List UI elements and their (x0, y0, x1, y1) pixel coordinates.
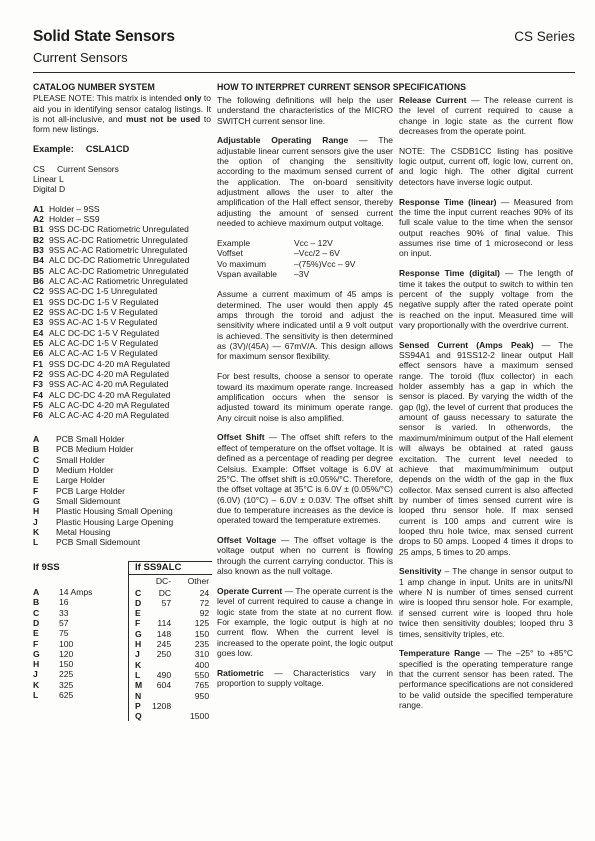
row-code: J (33, 669, 59, 679)
code: A1 (33, 204, 49, 214)
row-other-value: 550 (171, 670, 209, 680)
definition-paragraphs: The following definitions will help the … (217, 95, 393, 229)
code-description: PCB Medium Holder (56, 444, 211, 454)
intro-code: Linear L (33, 174, 64, 184)
code: E3 (33, 317, 49, 327)
row-dcdc-value: 245 (152, 639, 171, 649)
code: C2 (33, 286, 49, 296)
note-emphasis: must not be used (126, 114, 200, 124)
code-description: 9SS AC-AC 4-20 mA Regulated (49, 379, 211, 389)
row-other-value: 400 (171, 660, 209, 670)
row-code: K (33, 680, 59, 690)
code-description: ALC DC-DC Ratiometric Unregulated (49, 255, 211, 265)
row-other-value: 310 (171, 649, 209, 659)
row-code: P (135, 701, 152, 711)
table-rows-9ss: A14 AmpsB16C33D57E75F100G120H150J225K325… (33, 587, 128, 700)
holder-code-row: CSmall Holder (33, 455, 211, 465)
code-description: 9SS AC-AC Ratiometric Unregulated (49, 245, 211, 255)
catalog-code-row: F19SS DC-DC 4-20 mA Regulated (33, 359, 211, 369)
table-row: M604765 (129, 680, 212, 690)
page-content: CATALOG NUMBER SYSTEM PLEASE NOTE: This … (33, 82, 575, 721)
holder-code-row: ELarge Holder (33, 475, 211, 485)
holder-code-list: APCB Small HolderBPCB Medium HolderCSmal… (33, 434, 211, 548)
catalog-code-row: B5ALC AC-DC Ratiometric Unregulated (33, 266, 211, 276)
table-heading-ss9alc: If SS9ALC (129, 562, 212, 576)
row-code: J (135, 649, 152, 659)
definition-paragraph: Adjustable Operating Range — The adjusta… (217, 135, 393, 228)
catalog-code-row: A2Holder – SS9 (33, 214, 211, 224)
catalog-code-row: F4ALC DC-DC 4-20 mA Regulated (33, 390, 211, 400)
table-row: J250310 (129, 649, 212, 659)
header-left: Solid State Sensors Current Sensors (33, 28, 175, 65)
example-row-label: Voffset (217, 248, 294, 258)
holder-code-row: DMedium Holder (33, 465, 211, 475)
code: E5 (33, 338, 49, 348)
code: B2 (33, 235, 49, 245)
catalog-code-row: F39SS AC-AC 4-20 mA Regulated (33, 379, 211, 389)
code: G (33, 496, 56, 506)
row-code: H (33, 659, 59, 669)
row-value: 16 (59, 597, 69, 607)
definition-body: — The operate current is the level of cu… (217, 586, 393, 658)
table-row: F114125 (129, 618, 212, 628)
example-row-value: –(75%)Vcc – 9V (294, 259, 355, 269)
catalog-intro-line: Digital D (33, 184, 211, 194)
table-row: N950 (129, 691, 212, 701)
row-value: 625 (59, 690, 73, 700)
definition-paragraph: Operate Current — The operate current is… (217, 586, 393, 658)
series-label: CS Series (514, 29, 575, 44)
code: E (33, 475, 56, 485)
code: B3 (33, 245, 49, 255)
row-code: C (135, 588, 152, 598)
definition-body: — The SS94A1 and 91SS12-2 linear output … (399, 340, 573, 557)
row-other-value: 72 (171, 598, 209, 608)
row-value: 225 (59, 669, 73, 679)
code-description: Small Sidemount (56, 496, 211, 506)
table-row: D57 (33, 618, 128, 628)
row-code: H (135, 639, 152, 649)
row-value: 325 (59, 680, 73, 690)
row-code: A (33, 587, 59, 597)
code-description: Plastic Housing Small Opening (56, 506, 211, 516)
catalog-code-list: A1Holder – 9SSA2Holder – SS9B19SS DC-DC … (33, 204, 211, 421)
amps-table: If 9SS A14 AmpsB16C33D57E75F100G120H150J… (33, 561, 211, 722)
definition-paragraph: Temperature Range — The –25° to +85°C sp… (399, 648, 573, 710)
row-code: L (135, 670, 152, 680)
table-row: L625 (33, 690, 128, 700)
row-code: F (135, 618, 152, 628)
code-description: 9SS AC-DC 1-5 Unregulated (49, 286, 211, 296)
code-description: ALC AC-DC Ratiometric Unregulated (49, 266, 211, 276)
catalog-column: CATALOG NUMBER SYSTEM PLEASE NOTE: This … (33, 82, 211, 721)
code-description: Large Holder (56, 475, 211, 485)
row-other-value: 950 (171, 691, 209, 701)
catalog-code-row: B29SS AC-DC Ratiometric Unregulated (33, 235, 211, 245)
example-row: Vo maximum–(75%)Vcc – 9V (217, 259, 393, 269)
code-description: 9SS DC-DC 4-20 mA Regulated (49, 359, 211, 369)
table-row: E75 (33, 628, 128, 638)
row-code: M (135, 680, 152, 690)
code: B5 (33, 266, 49, 276)
row-other-value: 125 (171, 618, 209, 628)
catalog-code-row: B6ALC AC-AC Ratiometric Unregulated (33, 276, 211, 286)
table-row: D5772 (129, 598, 212, 608)
holder-code-row: APCB Small Holder (33, 434, 211, 444)
row-dcdc-value: 57 (152, 598, 171, 608)
row-dcdc-value (152, 588, 171, 598)
code-description: 9SS DC-DC 1-5 V Regulated (49, 297, 211, 307)
code-description: 9SS AC-DC Ratiometric Unregulated (49, 235, 211, 245)
row-code: L (33, 690, 59, 700)
definition-term: Offset Voltage (217, 535, 276, 545)
note-text: PLEASE NOTE: This matrix is intended (33, 93, 184, 103)
definition-term: Sensed Current (Amps Peak) (399, 340, 534, 350)
definition-body: — The offset shift refers to the effect … (217, 432, 393, 525)
catalog-code-row: F6ALC AC-AC 4-20 mA Regulated (33, 410, 211, 420)
holder-code-row: BPCB Medium Holder (33, 444, 211, 454)
code: E6 (33, 348, 49, 358)
row-value: 120 (59, 649, 73, 659)
row-dcdc-value (152, 711, 171, 721)
row-code: B (33, 597, 59, 607)
table-row: G120 (33, 649, 128, 659)
catalog-code-row: E5ALC AC-DC 1-5 V Regulated (33, 338, 211, 348)
row-code: Q (135, 711, 152, 721)
code-description: 9SS AC-DC 4-20 mA Regulated (49, 369, 211, 379)
definition-body: For best results, choose a sensor to ope… (217, 371, 393, 422)
code-description: Metal Housing (56, 527, 211, 537)
row-value: 100 (59, 639, 73, 649)
code-description: PCB Large Holder (56, 486, 211, 496)
definition-paragraph: Response Time (linear) — Measured from t… (399, 197, 573, 259)
catalog-intro-line: CSCurrent Sensors (33, 164, 211, 174)
code-description: PCB Small Sidemount (56, 537, 211, 547)
definition-paragraph: For best results, choose a sensor to ope… (217, 371, 393, 423)
row-other-value (171, 701, 209, 711)
table-row: C33 (33, 608, 128, 618)
definition-term: Sensitivity (399, 566, 442, 576)
row-dcdc-value: 490 (152, 670, 171, 680)
definition-paragraphs: Release Current — The release current is… (399, 95, 573, 711)
row-other-value: 235 (171, 639, 209, 649)
row-dcdc-value: 1208 (152, 701, 171, 711)
definition-paragraph: Response Time (digital) — The length of … (399, 268, 573, 330)
note-emphasis: only (184, 93, 201, 103)
code: F (33, 486, 56, 496)
table-row: P1208 (129, 701, 212, 711)
row-code: C (33, 608, 59, 618)
table-subheader: DC-DCOther (129, 575, 212, 588)
voltage-example-block: ExampleVcc – 12VVoffset–Vcc/2 – 6VVo max… (217, 238, 393, 279)
table-row: G148150 (129, 629, 212, 639)
code-description: Holder – 9SS (49, 204, 211, 214)
intro-code: CS (33, 164, 57, 174)
holder-code-row: GSmall Sidemount (33, 496, 211, 506)
row-code: K (135, 660, 152, 670)
definitions-column-2: Release Current — The release current is… (399, 95, 573, 722)
code-description: 9SS AC-DC 1-5 V Regulated (49, 307, 211, 317)
code: B1 (33, 224, 49, 234)
row-code: D (135, 598, 152, 608)
catalog-code-row: F29SS AC-DC 4-20 mA Regulated (33, 369, 211, 379)
row-value: 14 Amps (59, 587, 92, 597)
code-description: ALC DC-DC 4-20 mA Regulated (49, 390, 211, 400)
catalog-code-row: E6ALC AC-AC 1-5 V Regulated (33, 348, 211, 358)
definition-body: — The adjustable linear current sensors … (217, 135, 393, 228)
example-label: Example: (33, 144, 74, 154)
definition-paragraph: Release Current — The release current is… (399, 95, 573, 136)
table-row: E92 (129, 608, 212, 618)
table-rows-ss9alc: C24D5772E92F114125G148150H245235J250310K… (129, 588, 212, 722)
code-description: ALC AC-AC Ratiometric Unregulated (49, 276, 211, 286)
code-description: PCB Small Holder (56, 434, 211, 444)
definition-body: NOTE: The CSDB1CC listing has positive l… (399, 146, 573, 187)
example-row-label: Vo maximum (217, 259, 294, 269)
code: E2 (33, 307, 49, 317)
definition-term: Offset Shift (217, 432, 265, 442)
table-row: C24 (129, 588, 212, 598)
catalog-code-row: B19SS DC-DC Ratiometric Unregulated (33, 224, 211, 234)
intro-desc: Current Sensors (57, 164, 119, 174)
code: F5 (33, 400, 49, 410)
definition-term: Adjustable Operating Range (217, 135, 348, 145)
definition-term: Response Time (digital) (399, 268, 500, 278)
holder-code-row: JPlastic Housing Large Opening (33, 517, 211, 527)
catalog-code-row: E29SS AC-DC 1-5 V Regulated (33, 307, 211, 317)
catalog-example: Example:CSLA1CD (33, 144, 211, 154)
code: L (33, 537, 56, 547)
code: E1 (33, 297, 49, 307)
table-row: K325 (33, 680, 128, 690)
definition-term: Release Current (399, 95, 466, 105)
definition-body: – The change in sensor output to 1 amp c… (399, 566, 573, 638)
code: F4 (33, 390, 49, 400)
definition-paragraph: Sensitivity – The change in sensor outpu… (399, 566, 573, 638)
code: F1 (33, 359, 49, 369)
definitions-column-1: The following definitions will help the … (217, 95, 393, 722)
page-title: Solid State Sensors (33, 28, 175, 46)
definition-body: Assume a current maximum of 45 amps is d… (217, 289, 393, 361)
table-row: B16 (33, 597, 128, 607)
row-code: F (33, 639, 59, 649)
example-row-value: Vcc – 12V (294, 238, 333, 248)
code-description: ALC AC-DC 1-5 V Regulated (49, 338, 211, 348)
code: H (33, 506, 56, 516)
datasheet-page: Solid State Sensors Current Sensors CS S… (0, 0, 595, 841)
example-row: Vspan available–3V (217, 269, 393, 279)
definition-paragraph: Assume a current maximum of 45 amps is d… (217, 289, 393, 361)
row-dcdc-value: 250 (152, 649, 171, 659)
row-dcdc-value (152, 691, 171, 701)
example-row-label: Vspan available (217, 269, 294, 279)
code: A (33, 434, 56, 444)
row-other-value: 765 (171, 680, 209, 690)
catalog-code-row: C29SS AC-DC 1-5 Unregulated (33, 286, 211, 296)
table-row: J225 (33, 669, 128, 679)
catalog-heading: CATALOG NUMBER SYSTEM (33, 82, 211, 92)
code-description: Plastic Housing Large Opening (56, 517, 211, 527)
code: J (33, 517, 56, 527)
row-code: D (33, 618, 59, 628)
row-value: 57 (59, 618, 69, 628)
code-description: ALC DC-DC 1-5 V Regulated (49, 328, 211, 338)
row-dcdc-value (152, 660, 171, 670)
example-row-value: –3V (294, 269, 309, 279)
row-value: 75 (59, 628, 69, 638)
holder-code-row: FPCB Large Holder (33, 486, 211, 496)
row-other-value: 92 (171, 608, 209, 618)
definition-paragraph: Offset Shift — The offset shift refers t… (217, 432, 393, 525)
definition-body: The following definitions will help the … (217, 95, 393, 126)
code: F2 (33, 369, 49, 379)
code: F3 (33, 379, 49, 389)
amps-table-9ss: If 9SS A14 AmpsB16C33D57E75F100G120H150J… (33, 561, 128, 722)
code-description: 9SS DC-DC Ratiometric Unregulated (49, 224, 211, 234)
catalog-code-row: F5ALC AC-DC 4-20 mA Regulated (33, 400, 211, 410)
catalog-intro-lines: CSCurrent SensorsLinear LDigital D (33, 164, 211, 195)
row-code: G (33, 649, 59, 659)
example-row-label: Example (217, 238, 294, 248)
row-other-value: 1500 (171, 711, 209, 721)
definition-term: Operate Current (217, 586, 282, 596)
definition-paragraph: The following definitions will help the … (217, 95, 393, 126)
row-value: 150 (59, 659, 73, 669)
row-dcdc-value: 148 (152, 629, 171, 639)
code-description: Small Holder (56, 455, 211, 465)
intro-code: Digital D (33, 184, 65, 194)
definition-paragraph: Ratiometric — Characteristics vary in pr… (217, 668, 393, 689)
code-description: 9SS AC-AC 1-5 V Regulated (49, 317, 211, 327)
code-description: Holder – SS9 (49, 214, 211, 224)
page-header: Solid State Sensors Current Sensors CS S… (33, 28, 575, 65)
code: F6 (33, 410, 49, 420)
holder-code-row: KMetal Housing (33, 527, 211, 537)
row-other-value: 24 (171, 588, 209, 598)
spec-heading: HOW TO INTERPRET CURRENT SENSOR SPECIFIC… (217, 82, 573, 94)
table-heading-9ss: If 9SS (33, 562, 128, 588)
code-description: Medium Holder (56, 465, 211, 475)
code: B4 (33, 255, 49, 265)
example-row-value: –Vcc/2 – 6V (294, 248, 340, 258)
table-row: L490550 (129, 670, 212, 680)
example-row: ExampleVcc – 12V (217, 238, 393, 248)
table-row: H150 (33, 659, 128, 669)
table-row: Q1500 (129, 711, 212, 721)
table-row: A14 Amps (33, 587, 128, 597)
definition-term: Temperature Range (399, 648, 480, 658)
definition-paragraphs: Assume a current maximum of 45 amps is d… (217, 289, 393, 688)
code-description: ALC AC-AC 4-20 mA Regulated (49, 410, 211, 420)
code-description: ALC AC-AC 1-5 V Regulated (49, 348, 211, 358)
table-row: K400 (129, 660, 212, 670)
catalog-code-row: E19SS DC-DC 1-5 V Regulated (33, 297, 211, 307)
catalog-code-row: A1Holder – 9SS (33, 204, 211, 214)
row-dcdc-value: 114 (152, 618, 171, 628)
table-row: H245235 (129, 639, 212, 649)
code: K (33, 527, 56, 537)
header-rule (33, 72, 575, 73)
definition-term: Response Time (linear) (399, 197, 496, 207)
definition-paragraph: Sensed Current (Amps Peak) — The SS94A1 … (399, 340, 573, 557)
row-other-value: 150 (171, 629, 209, 639)
row-code: E (33, 628, 59, 638)
catalog-intro-line: Linear L (33, 174, 211, 184)
row-code: G (135, 629, 152, 639)
row-value: 33 (59, 608, 69, 618)
catalog-code-row: B4ALC DC-DC Ratiometric Unregulated (33, 255, 211, 265)
code-description: ALC AC-DC 4-20 mA Regulated (49, 400, 211, 410)
row-code: N (135, 691, 152, 701)
catalog-note: PLEASE NOTE: This matrix is intended onl… (33, 93, 211, 134)
amps-table-ss9alc: If SS9ALC DC-DCOther C24D5772E92F114125G… (128, 561, 212, 722)
holder-code-row: LPCB Small Sidemount (33, 537, 211, 547)
definition-paragraph: NOTE: The CSDB1CC listing has positive l… (399, 146, 573, 187)
code: B6 (33, 276, 49, 286)
definition-paragraph: Offset Voltage — The offset voltage is t… (217, 535, 393, 576)
row-dcdc-value: 604 (152, 680, 171, 690)
example-value: CSLA1CD (86, 144, 129, 154)
definition-term: Ratiometric (217, 668, 264, 678)
code: B (33, 444, 56, 454)
holder-code-row: HPlastic Housing Small Opening (33, 506, 211, 516)
table-row: F100 (33, 639, 128, 649)
code: A2 (33, 214, 49, 224)
code: E4 (33, 328, 49, 338)
catalog-code-row: E39SS AC-AC 1-5 V Regulated (33, 317, 211, 327)
code: D (33, 465, 56, 475)
row-dcdc-value (152, 608, 171, 618)
row-code: E (135, 608, 152, 618)
example-row: Voffset–Vcc/2 – 6V (217, 248, 393, 258)
code: C (33, 455, 56, 465)
page-subtitle: Current Sensors (33, 50, 175, 65)
catalog-code-row: B39SS AC-AC Ratiometric Unregulated (33, 245, 211, 255)
catalog-code-row: E4ALC DC-DC 1-5 V Regulated (33, 328, 211, 338)
